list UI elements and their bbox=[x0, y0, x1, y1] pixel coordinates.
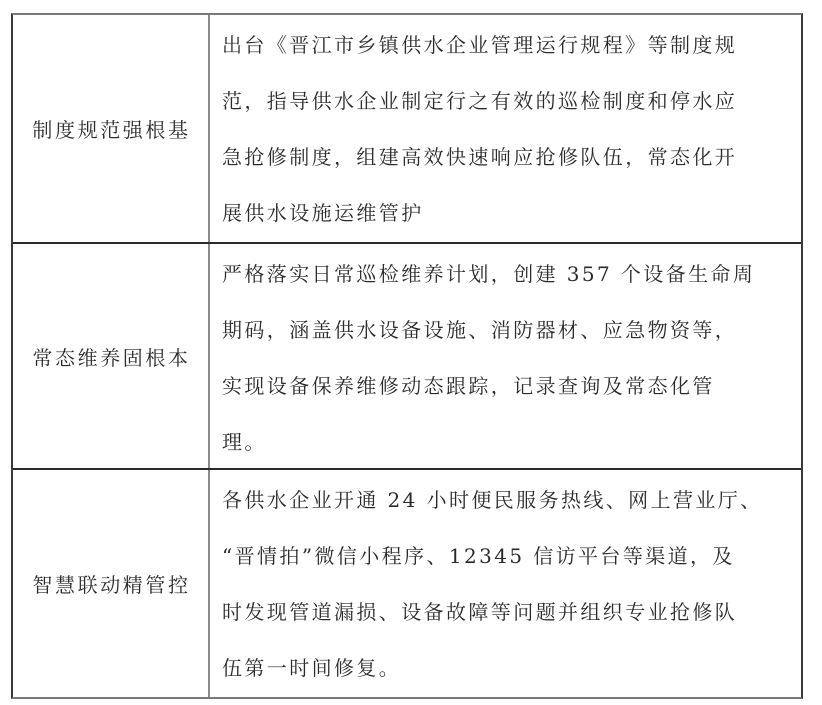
description-line: 出台《晋江市乡镇供水企业管理运行规程》等制度规 bbox=[222, 24, 791, 80]
row-label: 制度规范强根基 bbox=[13, 15, 210, 242]
description-line: “晋情拍”微信小程序、12345 信访平台等渠道，及 bbox=[222, 535, 791, 591]
row-description: 严格落实日常巡检维养计划，创建 357 个设备生命周 期码，涵盖供水设备设施、消… bbox=[210, 244, 801, 468]
description-line: 伍第一时间修复。 bbox=[222, 647, 791, 703]
description-line: 期码，涵盖供水设备设施、消防器材、应急物资等， bbox=[222, 309, 791, 365]
table-row: 制度规范强根基 出台《晋江市乡镇供水企业管理运行规程》等制度规 范，指导供水企业… bbox=[13, 15, 801, 242]
row-description: 出台《晋江市乡镇供水企业管理运行规程》等制度规 范，指导供水企业制定行之有效的巡… bbox=[210, 15, 801, 242]
measures-table: 制度规范强根基 出台《晋江市乡镇供水企业管理运行规程》等制度规 范，指导供水企业… bbox=[11, 13, 803, 699]
description-line: 范，指导供水企业制定行之有效的巡检制度和停水应 bbox=[222, 80, 791, 136]
row-label: 智慧联动精管控 bbox=[13, 470, 210, 697]
table-row: 常态维养固根本 严格落实日常巡检维养计划，创建 357 个设备生命周 期码，涵盖… bbox=[13, 242, 801, 468]
description-line: 理。 bbox=[222, 421, 791, 477]
table-row: 智慧联动精管控 各供水企业开通 24 小时便民服务热线、网上营业厅、 “晋情拍”… bbox=[13, 468, 801, 697]
description-line: 严格落实日常巡检维养计划，创建 357 个设备生命周 bbox=[222, 253, 791, 309]
row-label: 常态维养固根本 bbox=[13, 244, 210, 468]
description-line: 急抢修制度，组建高效快速响应抢修队伍，常态化开 bbox=[222, 136, 791, 192]
description-line: 各供水企业开通 24 小时便民服务热线、网上营业厅、 bbox=[222, 479, 791, 535]
description-line: 实现设备保养维修动态跟踪，记录查询及常态化管 bbox=[222, 365, 791, 421]
description-line: 展供水设施运维管护 bbox=[222, 192, 791, 248]
row-description: 各供水企业开通 24 小时便民服务热线、网上营业厅、 “晋情拍”微信小程序、12… bbox=[210, 470, 801, 697]
description-line: 时发现管道漏损、设备故障等问题并组织专业抢修队 bbox=[222, 591, 791, 647]
